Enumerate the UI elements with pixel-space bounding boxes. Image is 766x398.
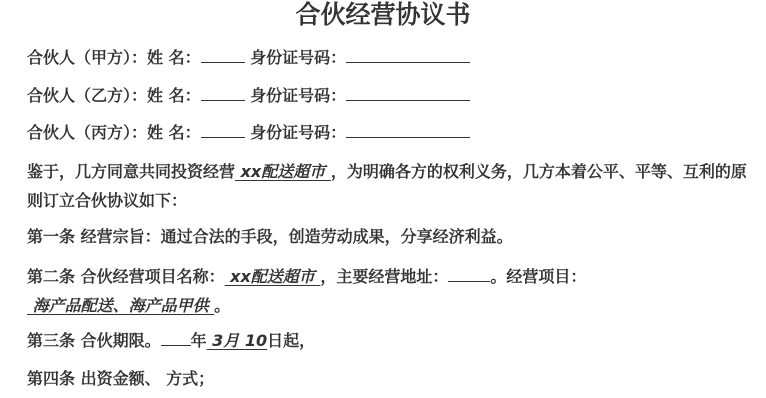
preamble-paragraph: 鉴于，几方同意共同投资经营 xx配送超市 ，为明确各方的权利义务，几方本着公平、… [27, 157, 747, 215]
document-title: 合伙经营协议书 [0, 0, 766, 30]
year-blank[interactable] [161, 331, 191, 346]
project-name-fill[interactable]: xx配送超市 [225, 267, 321, 286]
id-label: 身份证号码： [250, 48, 346, 67]
day-fill[interactable]: 10 [239, 331, 267, 350]
article-4-heading: 第四条 出资金额、 方式； [27, 369, 214, 388]
month-fill[interactable]: 3 [207, 331, 224, 350]
name-label: 姓 名： [147, 123, 201, 142]
article-3: 第三条 合伙期限。年 3月 10日起， [27, 330, 315, 352]
preamble-before: 鉴于，几方同意共同投资经营 [27, 162, 235, 181]
business-name-fill[interactable]: xx配送超市 [235, 162, 331, 181]
id-blank[interactable] [346, 86, 470, 101]
partner-label: 合伙人（乙方）： [27, 86, 147, 105]
id-label: 身份证号码： [250, 86, 346, 105]
article-2-heading: 第二条 合伙经营项目名称： [27, 267, 225, 286]
address-blank[interactable] [448, 267, 490, 282]
partner-line-c: 合伙人（丙方）：姓 名： 身份证号码： [27, 122, 470, 144]
name-blank[interactable] [201, 123, 245, 138]
day-suffix: 日起， [267, 331, 315, 350]
partner-label: 合伙人（甲方）： [27, 48, 147, 67]
items-label: 。经营项目： [490, 267, 586, 286]
article-4: 第四条 出资金额、 方式； [27, 368, 214, 390]
business-items-fill[interactable]: 海产品配送、海产品甲供 [27, 296, 214, 315]
article-2-end: 。 [214, 296, 230, 315]
name-blank[interactable] [201, 48, 245, 63]
partner-label: 合伙人（丙方）： [27, 123, 147, 142]
address-label: ，主要经营地址： [320, 267, 448, 286]
id-blank[interactable] [346, 48, 470, 63]
article-1-text: 通过合法的手段，创造劳动成果，分享经济利益。 [161, 227, 513, 246]
id-label: 身份证号码： [250, 123, 346, 142]
name-label: 姓 名： [147, 86, 201, 105]
article-1-heading: 第一条 经营宗旨： [27, 227, 161, 246]
name-blank[interactable] [201, 86, 245, 101]
partner-line-b: 合伙人（乙方）：姓 名： 身份证号码： [27, 85, 470, 107]
article-1: 第一条 经营宗旨：通过合法的手段，创造劳动成果，分享经济利益。 [27, 226, 513, 248]
article-3-heading: 第三条 合伙期限。 [27, 331, 161, 350]
article-2: 第二条 合伙经营项目名称： xx配送超市 ，主要经营地址：。经营项目： 海产品配… [27, 262, 747, 320]
id-blank[interactable] [346, 123, 470, 138]
partner-line-a: 合伙人（甲方）：姓 名： 身份证号码： [27, 47, 470, 69]
month-suffix: 月 [223, 331, 239, 350]
name-label: 姓 名： [147, 48, 201, 67]
year-suffix: 年 [191, 331, 207, 350]
